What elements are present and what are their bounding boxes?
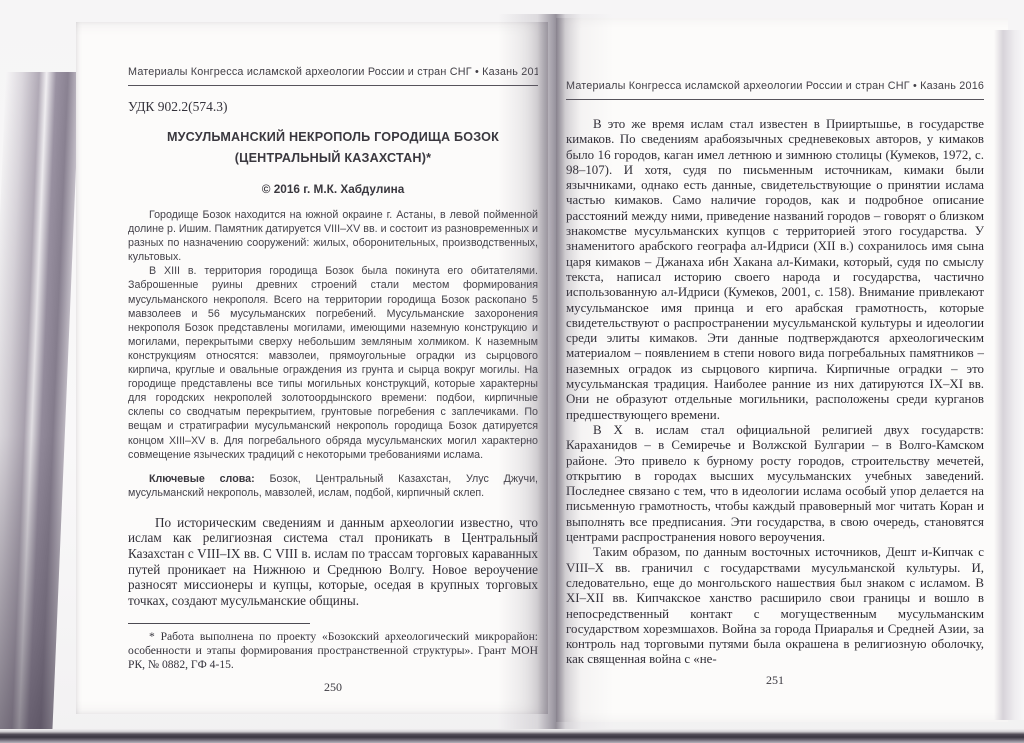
keywords-label: Ключевые слова: <box>149 473 255 485</box>
article-title-line-2: (ЦЕНТРАЛЬНЫЙ КАЗАХСТАН)* <box>128 148 538 169</box>
footnote-text: * Работа выполнена по проекту «Бозокский… <box>128 630 538 671</box>
abstract-paragraph-1: Городище Бозок находится на южной окраин… <box>128 208 538 264</box>
article-title: МУСУЛЬМАНСКИЙ НЕКРОПОЛЬ ГОРОДИЩА БОЗОК (… <box>128 127 538 169</box>
udk-code: УДК 902.2(574.3) <box>128 99 538 115</box>
scanned-book-spread: Материалы Конгресса исламской археологии… <box>0 0 1024 743</box>
body-paragraph: По историческим сведениям и данным архео… <box>128 515 538 609</box>
page-number-right: 251 <box>566 673 984 688</box>
right-paragraph-3: Таким образом, по данным восточных источ… <box>566 545 984 667</box>
right-page: Материалы Конгресса исламской археологии… <box>556 18 1008 722</box>
footnote-rule <box>128 623 310 624</box>
book-page-edges-left <box>0 72 80 732</box>
running-header-right: Материалы Конгресса исламской археологии… <box>566 80 984 100</box>
left-page-column: Материалы Конгресса исламской археологии… <box>76 22 548 695</box>
scanner-bottom-edge <box>0 729 1024 743</box>
right-paragraph-2: В X в. ислам стал официальной религией д… <box>566 423 984 545</box>
abstract-paragraph-2: В XIII в. территория городища Бозок была… <box>128 264 538 461</box>
abstract-block: Городище Бозок находится на южной окраин… <box>128 208 538 462</box>
page-number-left: 250 <box>128 680 538 695</box>
right-page-text: В это же время ислам стал известен в При… <box>566 117 984 668</box>
running-header-left: Материалы Конгресса исламской археологии… <box>128 66 538 86</box>
right-page-column: Материалы Конгресса исламской археологии… <box>556 18 1008 688</box>
article-title-line-1: МУСУЛЬМАНСКИЙ НЕКРОПОЛЬ ГОРОДИЩА БОЗОК <box>128 127 538 148</box>
left-page: Материалы Конгресса исламской археологии… <box>76 22 548 714</box>
right-paragraph-1: В это же время ислам стал известен в При… <box>566 117 984 423</box>
footnote-block: * Работа выполнена по проекту «Бозокский… <box>128 623 538 671</box>
copyright-line: © 2016 г. М.К. Хабдулина <box>128 182 538 196</box>
book-page-edge-right <box>994 30 1024 720</box>
keywords-line: Ключевые слова: Бозок, Центральный Казах… <box>128 472 538 500</box>
